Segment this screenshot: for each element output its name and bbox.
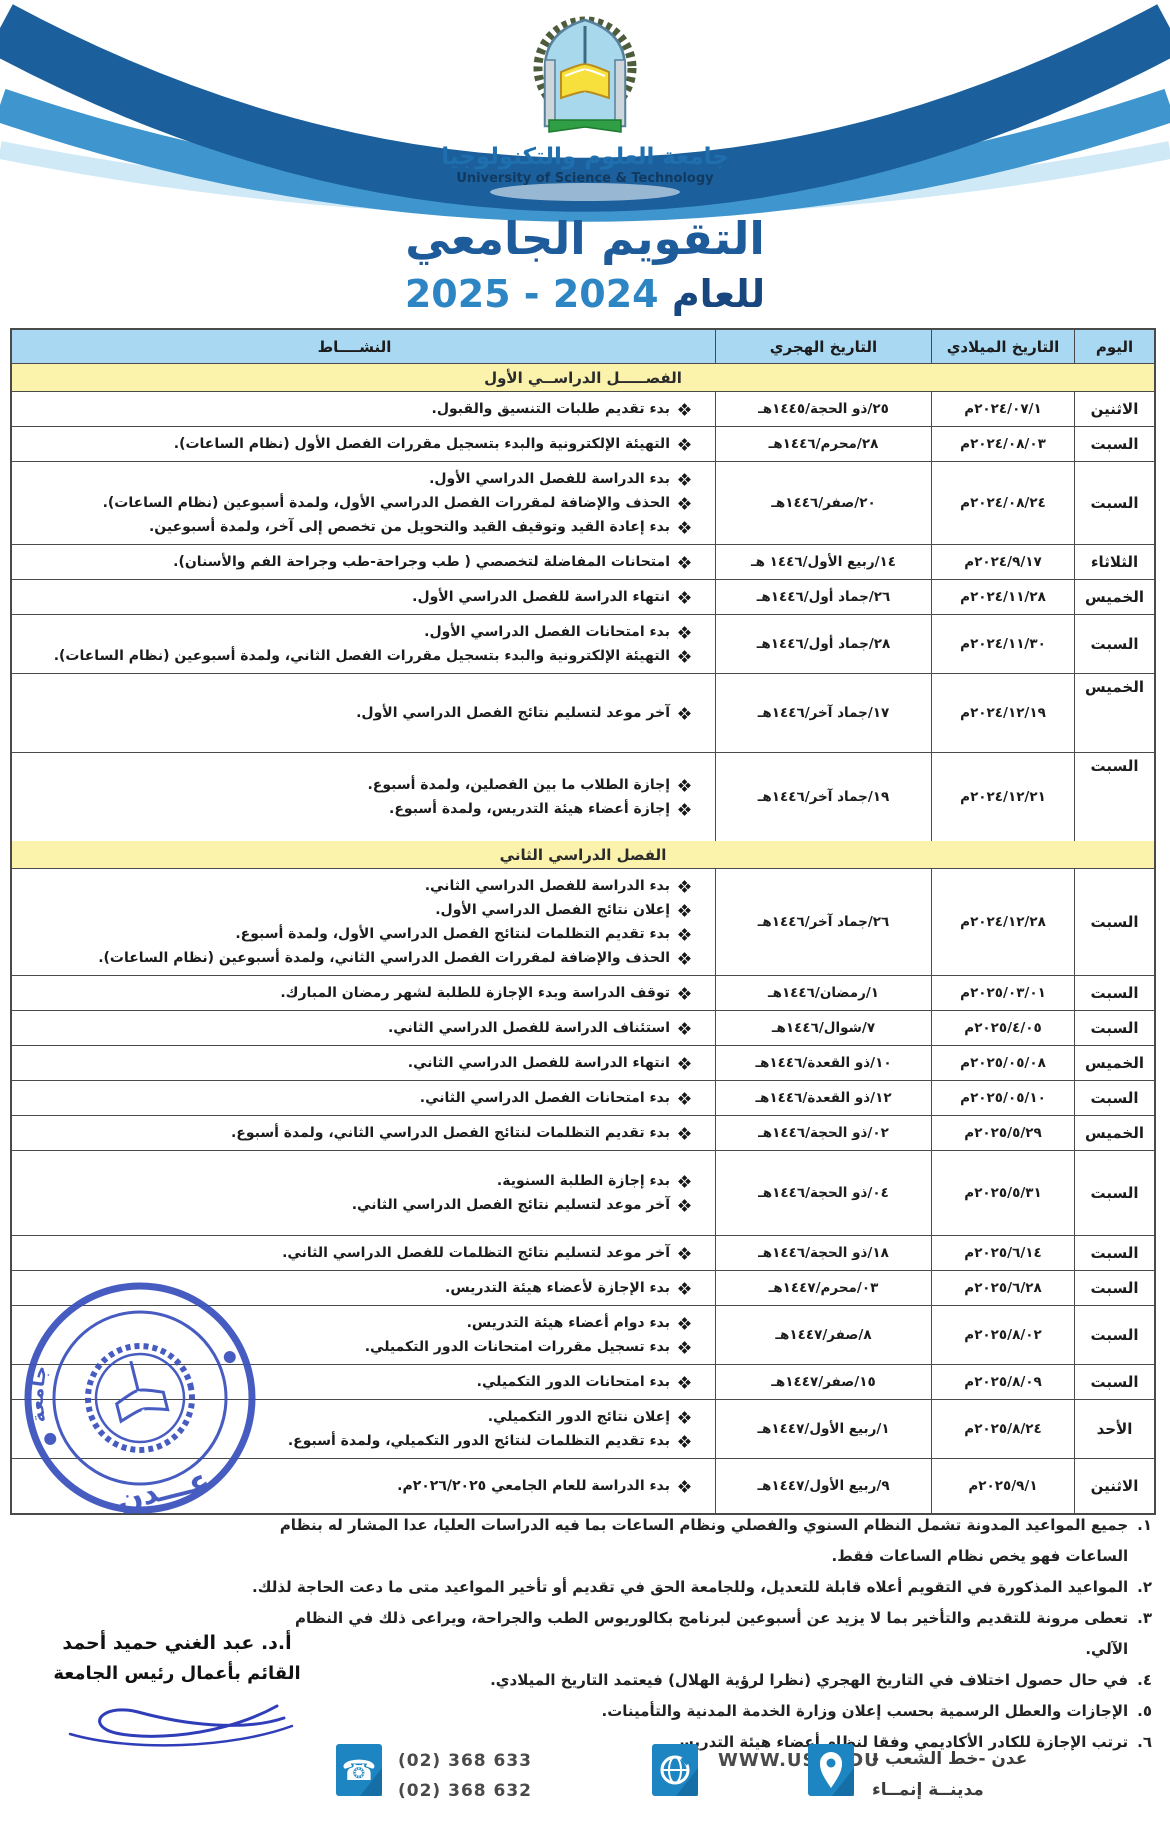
- activity-line: الحذف والإضافة لمقررات الفصل الدراسي الث…: [20, 946, 689, 970]
- day-cell: السبت: [1074, 1306, 1154, 1364]
- diamond-bullet-icon: [678, 403, 691, 416]
- signature-block: أ.د. عبد الغني حميد أحمد القائم بأعمال ر…: [22, 1632, 332, 1758]
- subtitle-years: 2024 - 2025: [405, 272, 659, 316]
- hijri-date-cell: ٩/ربيع الأول/١٤٤٧هـ: [715, 1459, 931, 1513]
- diamond-bullet-icon: [678, 650, 691, 663]
- diamond-bullet-icon: [678, 1022, 691, 1035]
- activity-line: بدء الدراسة للفصل الدراسي الثاني.: [20, 874, 689, 898]
- note-number: ٥.: [1137, 1696, 1152, 1727]
- university-name-arabic: جامعة العلوم والتكنولوجيا: [0, 144, 1170, 170]
- diamond-bullet-icon: [678, 521, 691, 534]
- table-row: السبت٢٠٢٥/٠٥/١٠م١٢/ذو القعدة/١٤٤٦هـبدء ا…: [12, 1081, 1154, 1116]
- note-number: ١.: [1137, 1510, 1152, 1572]
- activity-text: بدء تقديم التظلمات لنتائج الدور التكميلي…: [288, 1429, 670, 1453]
- day-cell: السبت: [1074, 1236, 1154, 1270]
- university-name-english: University of Science & Technology: [0, 171, 1170, 186]
- diamond-bullet-icon: [678, 1175, 691, 1188]
- location-pin-icon: [808, 1744, 854, 1796]
- phone-numbers: (02) 368 633 (02) 368 632: [398, 1746, 532, 1806]
- activity-cell: بدء الدراسة للفصل الدراسي الثاني.إعلان ن…: [12, 869, 715, 975]
- gregorian-date-cell: ٢٠٢٥/٨/٢٤م: [931, 1400, 1074, 1458]
- table-row: الثلاثاء٢٠٢٤/٩/١٧م١٤/ربيع الأول/١٤٤٦ هـا…: [12, 545, 1154, 580]
- activity-text: آخر موعد لتسليم نتائج التظلمات للفصل الد…: [282, 1241, 670, 1265]
- notes-list: ١.جميع المواعيد المدونة تشمل النظام السن…: [252, 1510, 1152, 1758]
- activity-text: التهيئة الإلكترونية والبدء بتسجيل مقررات…: [174, 432, 670, 456]
- hijri-date-cell: ٨/صفر/١٤٤٧هـ: [715, 1306, 931, 1364]
- note-text: الإجازات والعطل الرسمية بحسب إعلان وزارة…: [602, 1696, 1129, 1727]
- diamond-bullet-icon: [678, 626, 691, 639]
- activity-line: توقف الدراسة وبدء الإجازة للطلبة لشهر رم…: [20, 981, 689, 1005]
- diamond-bullet-icon: [678, 1317, 691, 1330]
- address-text: عدن -خط الشعب - مدينــة إنمــاء: [872, 1744, 1062, 1806]
- activity-text: إعلان نتائج الفصل الدراسي الأول.: [435, 898, 670, 922]
- activity-line: آخر موعد لتسليم نتائج الفصل الدراسي الثا…: [20, 1193, 689, 1217]
- activity-text: بدء إعادة القيد وتوقيف القيد والتحويل من…: [149, 515, 670, 539]
- table-row: الاثنين٢٠٢٤/٠٧/١م٢٥/ذو الحجة/١٤٤٥هـبدء ت…: [12, 392, 1154, 427]
- gregorian-date-cell: ٢٠٢٥/٦/٢٨م: [931, 1271, 1074, 1305]
- phone-icon: ☎: [336, 1744, 382, 1796]
- activity-line: استئناف الدراسة للفصل الدراسي الثاني.: [20, 1016, 689, 1040]
- hijri-date-cell: ٢٨/محرم/١٤٤٦هـ: [715, 427, 931, 461]
- header-day: اليوم: [1074, 330, 1154, 363]
- activity-line: بدء تقديم طلبات التنسيق والقبول.: [20, 397, 689, 421]
- hijri-date-cell: ١٤/ربيع الأول/١٤٤٦ هـ: [715, 545, 931, 579]
- activity-text: إجازة الطلاب ما بين الفصلين، ولمدة أسبوع…: [367, 773, 670, 797]
- activity-text: إجازة أعضاء هيئة التدريس، ولمدة أسبوع.: [389, 797, 670, 821]
- website-url[interactable]: WWW.UST.EDU: [718, 1750, 880, 1771]
- activity-text: بدء تسجيل مقررات امتحانات الدور التكميلي…: [365, 1335, 670, 1359]
- section-title-semester1: الفصـــــل الدراســي الأول: [12, 364, 1154, 392]
- activity-line: امتحانات المفاضلة لتخصصي ( طب وجراحة-طب …: [20, 550, 689, 574]
- table-row: السبت٢٠٢٥/٤/٠٥م٧/شوال/١٤٤٦هـاستئناف الدر…: [12, 1011, 1154, 1046]
- activity-text: انتهاء الدراسة للفصل الدراسي الثاني.: [408, 1051, 670, 1075]
- activity-text: بدء امتحانات الدور التكميلي.: [477, 1370, 670, 1394]
- activity-text: توقف الدراسة وبدء الإجازة للطلبة لشهر رم…: [280, 981, 670, 1005]
- header-activity: النشــــاط: [12, 330, 715, 363]
- day-cell: السبت: [1074, 1151, 1154, 1235]
- day-cell: السبت: [1074, 1365, 1154, 1399]
- day-cell: السبت: [1074, 1081, 1154, 1115]
- gregorian-date-cell: ٢٠٢٥/٩/١م: [931, 1459, 1074, 1513]
- activity-text: بدء الدراسة للفصل الدراسي الأول.: [429, 467, 670, 491]
- activity-text: بدء الدراسة للفصل الدراسي الثاني.: [425, 874, 670, 898]
- activity-line: بدء إجازة الطلبة السنوية.: [20, 1169, 689, 1193]
- activity-text: بدء الإجازة لأعضاء هيئة التدريس.: [445, 1276, 670, 1300]
- gregorian-date-cell: ٢٠٢٥/٠٥/٠٨م: [931, 1046, 1074, 1080]
- day-cell: السبت: [1074, 1271, 1154, 1305]
- table-row: السبت٢٠٢٤/٠٨/٢٤م٢٠/صفر/١٤٤٦هـبدء الدراسة…: [12, 462, 1154, 545]
- activity-line: انتهاء الدراسة للفصل الدراسي الثاني.: [20, 1051, 689, 1075]
- hijri-date-cell: ١٨/ذو الحجة/١٤٤٦هـ: [715, 1236, 931, 1270]
- stamp-ring-text: جامعة العلوم والتكنولوجيا: [6, 1245, 65, 1433]
- diamond-bullet-icon: [678, 707, 691, 720]
- table-row: السبت٢٠٢٤/١٢/٢٨م٢٦/جماد آخر/١٤٤٦هـبدء ال…: [12, 869, 1154, 976]
- signatory-name: أ.د. عبد الغني حميد أحمد: [22, 1632, 332, 1654]
- hijri-date-cell: ١٢/ذو القعدة/١٤٤٦هـ: [715, 1081, 931, 1115]
- gregorian-date-cell: ٢٠٢٤/١٢/٢١م: [931, 753, 1074, 841]
- table-row: السبت٢٠٢٤/٠٨/٠٣م٢٨/محرم/١٤٤٦هـالتهيئة ال…: [12, 427, 1154, 462]
- university-stamp: جامعة العلوم والتكنولوجيا عـــدن: [6, 1238, 274, 1550]
- section-title-semester2: الفصل الدراسي الثاني: [12, 841, 1154, 869]
- phone-number-1: (02) 368 633: [398, 1746, 532, 1776]
- gregorian-date-cell: ٢٠٢٥/٦/١٤م: [931, 1236, 1074, 1270]
- activity-line: إعلان نتائج الفصل الدراسي الأول.: [20, 898, 689, 922]
- diamond-bullet-icon: [678, 1199, 691, 1212]
- diamond-bullet-icon: [678, 1127, 691, 1140]
- hijri-date-cell: ١٥/صفر/١٤٤٧هـ: [715, 1365, 931, 1399]
- activity-cell: إجازة الطلاب ما بين الفصلين، ولمدة أسبوع…: [12, 753, 715, 841]
- day-cell: السبت: [1074, 462, 1154, 544]
- day-cell: السبت: [1074, 1011, 1154, 1045]
- activity-text: بدء امتحانات الفصل الدراسي الثاني.: [420, 1086, 670, 1110]
- gregorian-date-cell: ٢٠٢٥/٨/٠٩م: [931, 1365, 1074, 1399]
- diamond-bullet-icon: [678, 556, 691, 569]
- activity-text: بدء تقديم طلبات التنسيق والقبول.: [432, 397, 670, 421]
- diamond-bullet-icon: [678, 803, 691, 816]
- activity-text: آخر موعد لتسليم نتائج الفصل الدراسي الأو…: [356, 701, 670, 725]
- diamond-bullet-icon: [678, 1480, 691, 1493]
- diamond-bullet-icon: [678, 987, 691, 1000]
- diamond-bullet-icon: [678, 591, 691, 604]
- page-title: التقويم الجامعي: [0, 212, 1170, 265]
- day-cell: السبت: [1074, 615, 1154, 673]
- subtitle-word: للعام: [672, 272, 765, 316]
- university-logo: جامعة العلوم والتكنولوجيا University of …: [0, 8, 1170, 186]
- note-number: ٣.: [1137, 1603, 1152, 1665]
- svg-text:جامعة العلوم والتكنولوجيا: جامعة العلوم والتكنولوجيا: [6, 1245, 65, 1433]
- note-item: ١.جميع المواعيد المدونة تشمل النظام السن…: [252, 1510, 1152, 1572]
- activity-cell: بدء الدراسة للفصل الدراسي الأول.الحذف وا…: [12, 462, 715, 544]
- gregorian-date-cell: ٢٠٢٥/٠٥/١٠م: [931, 1081, 1074, 1115]
- table-row: السبت٢٠٢٤/١٢/٢١م١٩/جماد آخر/١٤٤٦هـإجازة …: [12, 753, 1154, 841]
- activity-cell: بدء امتحانات الفصل الدراسي الأول.التهيئة…: [12, 615, 715, 673]
- activity-line: بدء امتحانات الفصل الدراسي الأول.: [20, 620, 689, 644]
- activity-cell: التهيئة الإلكترونية والبدء بتسجيل مقررات…: [12, 427, 715, 461]
- table-row: السبت٢٠٢٥/٠٣/٠١م١/رمضان/١٤٤٦هـتوقف الدرا…: [12, 976, 1154, 1011]
- diamond-bullet-icon: [678, 1247, 691, 1260]
- day-cell: السبت: [1074, 753, 1154, 841]
- day-cell: الأحد: [1074, 1400, 1154, 1458]
- activity-cell: آخر موعد لتسليم نتائج الفصل الدراسي الأو…: [12, 674, 715, 752]
- activity-text: امتحانات المفاضلة لتخصصي ( طب وجراحة-طب …: [173, 550, 670, 574]
- table-row: السبت٢٠٢٥/٥/٣١م٠٤/ذو الحجة/١٤٤٦هـبدء إجا…: [12, 1151, 1154, 1236]
- activity-line: الحذف والإضافة لمقررات الفصل الدراسي الأ…: [20, 491, 689, 515]
- hijri-date-cell: ١/رمضان/١٤٤٦هـ: [715, 976, 931, 1010]
- activity-text: بدء إجازة الطلبة السنوية.: [497, 1169, 670, 1193]
- activity-cell: امتحانات المفاضلة لتخصصي ( طب وجراحة-طب …: [12, 545, 715, 579]
- note-text: في حال حصول اختلاف في التاريخ الهجري (نظ…: [490, 1665, 1128, 1696]
- diamond-bullet-icon: [678, 1282, 691, 1295]
- diamond-bullet-icon: [678, 880, 691, 893]
- hijri-date-cell: ٧/شوال/١٤٤٦هـ: [715, 1011, 931, 1045]
- activity-cell: بدء إجازة الطلبة السنوية.آخر موعد لتسليم…: [12, 1151, 715, 1235]
- gregorian-date-cell: ٢٠٢٤/١١/٣٠م: [931, 615, 1074, 673]
- activity-cell: انتهاء الدراسة للفصل الدراسي الأول.: [12, 580, 715, 614]
- activity-line: بدء امتحانات الفصل الدراسي الثاني.: [20, 1086, 689, 1110]
- activity-line: بدء إعادة القيد وتوقيف القيد والتحويل من…: [20, 515, 689, 539]
- day-cell: الاثنين: [1074, 392, 1154, 426]
- table-row: السبت٢٠٢٤/١١/٣٠م٢٨/جماد أول/١٤٤٦هـبدء ام…: [12, 615, 1154, 674]
- activity-cell: انتهاء الدراسة للفصل الدراسي الثاني.: [12, 1046, 715, 1080]
- activity-cell: استئناف الدراسة للفصل الدراسي الثاني.: [12, 1011, 715, 1045]
- day-cell: السبت: [1074, 427, 1154, 461]
- table-header-row: اليوم التاريخ الميلادي التاريخ الهجري ال…: [12, 330, 1154, 364]
- semester1-rows: الاثنين٢٠٢٤/٠٧/١م٢٥/ذو الحجة/١٤٤٥هـبدء ت…: [12, 392, 1154, 841]
- activity-cell: بدء تقديم طلبات التنسيق والقبول.: [12, 392, 715, 426]
- hijri-date-cell: ٢٦/جماد آخر/١٤٤٦هـ: [715, 869, 931, 975]
- table-row: الخميس٢٠٢٤/١١/٢٨م٢٦/جماد أول/١٤٤٦هـانتها…: [12, 580, 1154, 615]
- activity-cell: بدء امتحانات الفصل الدراسي الثاني.: [12, 1081, 715, 1115]
- note-number: ٢.: [1137, 1572, 1152, 1603]
- day-cell: الخميس: [1074, 1116, 1154, 1150]
- hijri-date-cell: ٠٤/ذو الحجة/١٤٤٦هـ: [715, 1151, 931, 1235]
- hijri-date-cell: ٢٠/صفر/١٤٤٦هـ: [715, 462, 931, 544]
- svg-text:☎: ☎: [342, 1754, 377, 1787]
- hijri-date-cell: ١٧/جماد آخر/١٤٤٦هـ: [715, 674, 931, 752]
- activity-text: إعلان نتائج الدور التكميلي.: [488, 1405, 670, 1429]
- activity-cell: بدء تقديم التظلمات لنتائج الفصل الدراسي …: [12, 1116, 715, 1150]
- diamond-bullet-icon: [678, 1092, 691, 1105]
- diamond-bullet-icon: [678, 904, 691, 917]
- activity-line: التهيئة الإلكترونية والبدء بتسجيل مقررات…: [20, 644, 689, 668]
- hijri-date-cell: ١٠/ذو القعدة/١٤٤٦هـ: [715, 1046, 931, 1080]
- address-line-1: عدن -خط الشعب -: [872, 1744, 1062, 1775]
- gregorian-date-cell: ٢٠٢٥/٠٣/٠١م: [931, 976, 1074, 1010]
- note-text: المواعيد المذكورة في التقويم أعلاه قابلة…: [252, 1572, 1128, 1603]
- activity-text: الحذف والإضافة لمقررات الفصل الدراسي الث…: [98, 946, 670, 970]
- activity-text: الحذف والإضافة لمقررات الفصل الدراسي الأ…: [103, 491, 670, 515]
- gregorian-date-cell: ٢٠٢٥/٥/٣١م: [931, 1151, 1074, 1235]
- diamond-bullet-icon: [678, 438, 691, 451]
- day-cell: الخميس: [1074, 1046, 1154, 1080]
- gregorian-date-cell: ٢٠٢٤/٠٧/١م: [931, 392, 1074, 426]
- activity-line: آخر موعد لتسليم نتائج الفصل الدراسي الأو…: [20, 701, 689, 725]
- gregorian-date-cell: ٢٠٢٤/١١/٢٨م: [931, 580, 1074, 614]
- note-item: ٣.تعطى مرونة للتقديم والتأخير بما لا يزي…: [252, 1603, 1152, 1665]
- gregorian-date-cell: ٢٠٢٤/٠٨/٢٤م: [931, 462, 1074, 544]
- activity-text: آخر موعد لتسليم نتائج الفصل الدراسي الثا…: [352, 1193, 670, 1217]
- activity-cell: توقف الدراسة وبدء الإجازة للطلبة لشهر رم…: [12, 976, 715, 1010]
- hijri-date-cell: ٢٦/جماد أول/١٤٤٦هـ: [715, 580, 931, 614]
- day-cell: الثلاثاء: [1074, 545, 1154, 579]
- activity-text: التهيئة الإلكترونية والبدء بتسجيل مقررات…: [54, 644, 670, 668]
- hijri-date-cell: ٠٢/ذو الحجة/١٤٤٦هـ: [715, 1116, 931, 1150]
- note-item: ٥.الإجازات والعطل الرسمية بحسب إعلان وزا…: [252, 1696, 1152, 1727]
- activity-line: انتهاء الدراسة للفصل الدراسي الأول.: [20, 585, 689, 609]
- activity-text: بدء تقديم التظلمات لنتائج الفصل الدراسي …: [231, 1121, 670, 1145]
- day-cell: الخميس: [1074, 580, 1154, 614]
- diamond-bullet-icon: [678, 779, 691, 792]
- activity-line: بدء الدراسة للفصل الدراسي الأول.: [20, 467, 689, 491]
- footer-contact-bar: ☎ (02) 368 633 (02) 368 632 WWW.UST.EDU …: [0, 1742, 1170, 1822]
- diamond-bullet-icon: [678, 1376, 691, 1389]
- table-row: الخميس٢٠٢٤/١٢/١٩م١٧/جماد آخر/١٤٤٦هـآخر م…: [12, 674, 1154, 753]
- note-number: ٤.: [1137, 1665, 1152, 1696]
- activity-text: استئناف الدراسة للفصل الدراسي الثاني.: [388, 1016, 670, 1040]
- activity-line: إجازة الطلاب ما بين الفصلين، ولمدة أسبوع…: [20, 773, 689, 797]
- activity-line: إجازة أعضاء هيئة التدريس، ولمدة أسبوع.: [20, 797, 689, 821]
- globe-icon: [652, 1744, 698, 1796]
- address-line-2: مدينــة إنمــاء: [872, 1775, 1062, 1806]
- day-cell: الاثنين: [1074, 1459, 1154, 1513]
- gregorian-date-cell: ٢٠٢٤/٩/١٧م: [931, 545, 1074, 579]
- day-cell: السبت: [1074, 869, 1154, 975]
- diamond-bullet-icon: [678, 473, 691, 486]
- gregorian-date-cell: ٢٠٢٤/١٢/١٩م: [931, 674, 1074, 752]
- table-row: الخميس٢٠٢٥/٠٥/٠٨م١٠/ذو القعدة/١٤٤٦هـانته…: [12, 1046, 1154, 1081]
- table-row: الخميس٢٠٢٥/٥/٢٩م٠٢/ذو الحجة/١٤٤٦هـبدء تق…: [12, 1116, 1154, 1151]
- activity-line: التهيئة الإلكترونية والبدء بتسجيل مقررات…: [20, 432, 689, 456]
- activity-text: بدء دوام أعضاء هيئة التدريس.: [467, 1311, 670, 1335]
- day-cell: الخميس: [1074, 674, 1154, 752]
- diamond-bullet-icon: [678, 952, 691, 965]
- note-item: ٢.المواعيد المذكورة في التقويم أعلاه قاب…: [252, 1572, 1152, 1603]
- hijri-date-cell: ٠٣/محرم/١٤٤٧هـ: [715, 1271, 931, 1305]
- gregorian-date-cell: ٢٠٢٥/٨/٠٢م: [931, 1306, 1074, 1364]
- activity-text: بدء تقديم التظلمات لنتائج الفصل الدراسي …: [235, 922, 670, 946]
- activity-line: بدء تقديم التظلمات لنتائج الفصل الدراسي …: [20, 1121, 689, 1145]
- diamond-bullet-icon: [678, 928, 691, 941]
- diamond-bullet-icon: [678, 1411, 691, 1424]
- hijri-date-cell: ٢٥/ذو الحجة/١٤٤٥هـ: [715, 392, 931, 426]
- hijri-date-cell: ١٩/جماد آخر/١٤٤٦هـ: [715, 753, 931, 841]
- hijri-date-cell: ١/ربيع الأول/١٤٤٧هـ: [715, 1400, 931, 1458]
- university-emblem-icon: [523, 8, 647, 138]
- diamond-bullet-icon: [678, 1341, 691, 1354]
- calendar-document: جامعة العلوم والتكنولوجيا University of …: [0, 0, 1170, 1831]
- signatory-title: القائم بأعمال رئيس الجامعة: [22, 1663, 332, 1684]
- gregorian-date-cell: ٢٠٢٤/١٢/٢٨م: [931, 869, 1074, 975]
- diamond-bullet-icon: [678, 497, 691, 510]
- activity-line: بدء تقديم التظلمات لنتائج الفصل الدراسي …: [20, 922, 689, 946]
- page-subtitle: للعام 2024 - 2025: [0, 272, 1170, 316]
- gregorian-date-cell: ٢٠٢٥/٤/٠٥م: [931, 1011, 1074, 1045]
- diamond-bullet-icon: [678, 1057, 691, 1070]
- header-hijri: التاريخ الهجري: [715, 330, 931, 363]
- note-text: جميع المواعيد المدونة تشمل النظام السنوي…: [252, 1510, 1128, 1572]
- activity-text: بدء الدراسة للعام الجامعي ٢٠٢٦/٢٠٢٥م.: [397, 1474, 670, 1498]
- header-gregorian: التاريخ الميلادي: [931, 330, 1074, 363]
- day-cell: السبت: [1074, 976, 1154, 1010]
- diamond-bullet-icon: [678, 1435, 691, 1448]
- phone-number-2: (02) 368 632: [398, 1776, 532, 1806]
- note-item: ٤.في حال حصول اختلاف في التاريخ الهجري (…: [252, 1665, 1152, 1696]
- activity-text: انتهاء الدراسة للفصل الدراسي الأول.: [412, 585, 670, 609]
- hijri-date-cell: ٢٨/جماد أول/١٤٤٦هـ: [715, 615, 931, 673]
- gregorian-date-cell: ٢٠٢٤/٠٨/٠٣م: [931, 427, 1074, 461]
- activity-text: بدء امتحانات الفصل الدراسي الأول.: [424, 620, 670, 644]
- gregorian-date-cell: ٢٠٢٥/٥/٢٩م: [931, 1116, 1074, 1150]
- note-text: تعطى مرونة للتقديم والتأخير بما لا يزيد …: [252, 1603, 1128, 1665]
